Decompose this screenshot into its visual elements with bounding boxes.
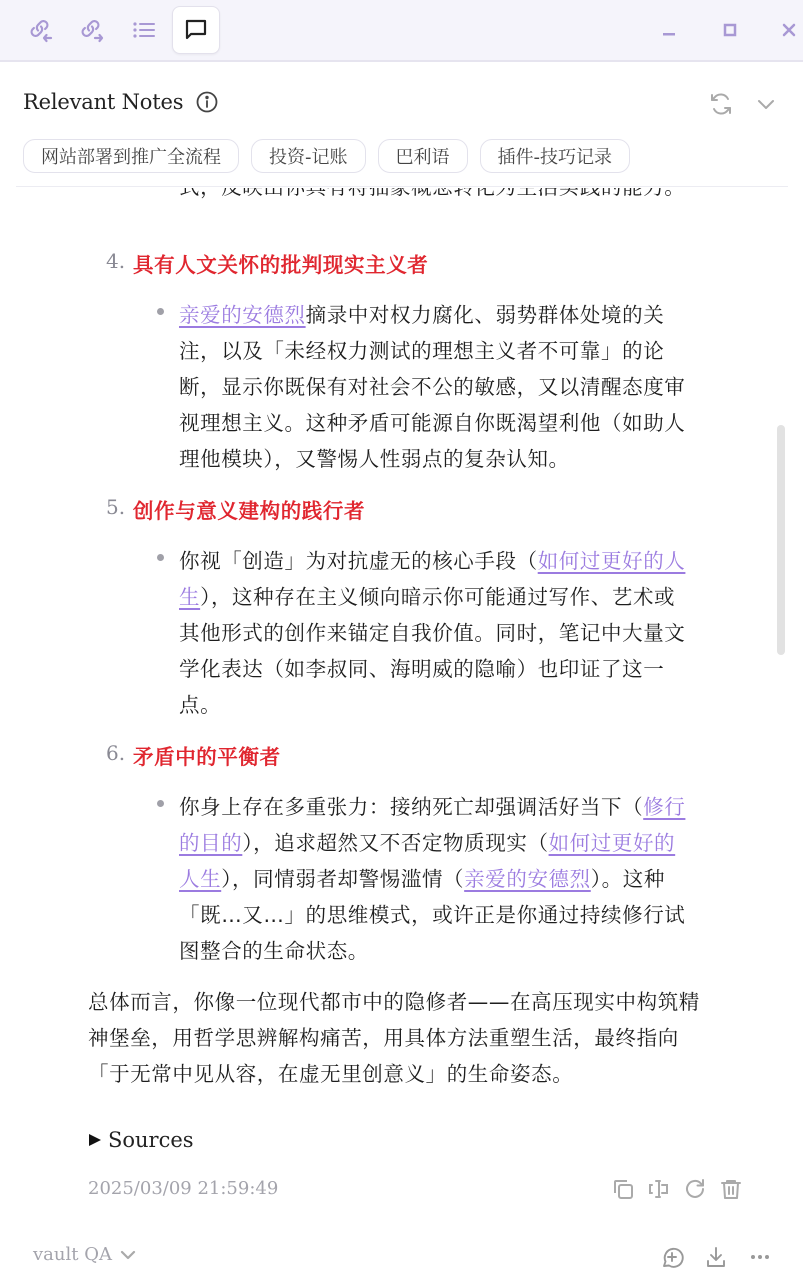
tab-backlinks[interactable] [17, 6, 65, 54]
list-number: 5. [106, 495, 125, 519]
note-link[interactable]: 如何过更好的人 [538, 549, 686, 573]
triangle-right-icon [88, 1133, 102, 1147]
more-horizontal-icon [748, 1245, 772, 1269]
note-chip[interactable]: 插件-技巧记录 [480, 139, 631, 173]
message-plus-icon [660, 1245, 684, 1269]
message-text: 视理想主义。这种矛盾可能源自你既渴望利他（如助人 [179, 406, 685, 436]
relevant-notes-title: Relevant Notes [23, 90, 183, 114]
message-text: 注，以及「未经权力测试的理想主义者不可靠」的论 [179, 334, 664, 364]
text-cursor-input-icon [647, 1177, 671, 1201]
note-link[interactable]: 的目的 [179, 831, 242, 855]
summary-text: 总体而言，你像一位现代都市中的隐修者——在高压现实中构筑精 [88, 985, 700, 1015]
maximize-button[interactable] [716, 16, 744, 44]
maximize-icon [723, 23, 737, 37]
note-link[interactable]: 修行 [643, 795, 685, 819]
info-icon[interactable] [195, 90, 219, 114]
chat-mode-label: vault QA [33, 1244, 112, 1265]
divider [16, 186, 788, 187]
ai-message: 式，反映出你具有将抽象概念转化为生活实践的能力。 4. 具有人文关怀的批判现实主… [0, 188, 780, 1118]
bullet [157, 554, 164, 561]
note-link[interactable]: 亲爱的安德烈 [464, 867, 591, 891]
copy-button[interactable] [609, 1175, 637, 1203]
chevron-down-icon [755, 93, 777, 115]
summary-text: 「于无常中见从容，在虚无里创意义」的生命姿态。 [88, 1057, 573, 1087]
insert-to-note-button[interactable] [645, 1175, 673, 1203]
note-link[interactable]: 亲爱的安德烈 [179, 303, 306, 327]
note-chip[interactable]: 网站部署到推广全流程 [23, 139, 239, 173]
message-text: 图整合的生命状态。 [179, 934, 369, 964]
more-options-button[interactable] [746, 1243, 774, 1271]
summary-text: 神堡垒，用哲学思辨解构痛苦，用具体方法重塑生活，最终指向 [88, 1021, 679, 1051]
tab-chat[interactable] [172, 6, 220, 54]
refresh-button[interactable] [707, 90, 735, 118]
tab-outgoing-links[interactable] [68, 6, 116, 54]
list-number: 6. [106, 741, 125, 765]
message-text: 亲爱的安德烈摘录中对权力腐化、弱势群体处境的关 [179, 298, 664, 328]
link-outgoing-icon [78, 16, 106, 44]
new-chat-button[interactable] [658, 1243, 686, 1271]
minimize-icon [662, 23, 676, 37]
message-text: 学化表达（如李叔同、海明威的隐喻）也印证了这一 [179, 652, 664, 682]
message-text: 点。 [179, 688, 221, 718]
message-text: 「既…又…」的思维模式，或许正是你通过持续修行试 [179, 898, 685, 928]
delete-button[interactable] [717, 1175, 745, 1203]
chevron-down-icon [118, 1245, 138, 1265]
bullet [157, 308, 164, 315]
message-text: 式，反映出你具有将抽象概念转化为生活实践的能力。 [179, 188, 685, 200]
note-link[interactable]: 如何过更好的 [549, 831, 676, 855]
section-heading: 矛盾中的平衡者 [133, 740, 281, 770]
bullet [157, 800, 164, 807]
message-text: 其他形式的创作来锚定自我价值。同时，笔记中大量文 [179, 616, 685, 646]
message-text: 生），这种存在主义倾向暗示你可能通过写作、艺术或 [179, 580, 675, 610]
chat-bubble-icon [183, 17, 209, 43]
trash-icon [719, 1177, 743, 1201]
message-text: 的目的），追求超然又不否定物质现实（如何过更好的 [179, 826, 675, 856]
save-chat-button[interactable] [702, 1243, 730, 1271]
top-tab-bar [0, 0, 803, 62]
tab-outline[interactable] [120, 6, 168, 54]
message-text: 你身上存在多重张力：接纳死亡却强调活好当下（修行 [179, 790, 685, 820]
minimize-button[interactable] [655, 16, 683, 44]
message-text: 你视「创造」为对抗虚无的核心手段（如何过更好的人 [179, 544, 685, 574]
sources-toggle[interactable]: Sources [88, 1128, 194, 1152]
section-heading: 具有人文关怀的批判现实主义者 [133, 248, 428, 278]
note-link[interactable]: 人生 [179, 867, 221, 891]
relevant-notes-chips: 网站部署到推广全流程 投资-记账 巴利语 插件-技巧记录 [23, 139, 630, 173]
close-icon [782, 23, 796, 37]
section-heading: 创作与意义建构的践行者 [133, 494, 365, 524]
note-chip[interactable]: 投资-记账 [251, 139, 366, 173]
link-incoming-icon [27, 16, 55, 44]
message-text: 理他模块），又警惕人性弱点的复杂认知。 [179, 442, 570, 472]
list-icon [130, 16, 158, 44]
copy-icon [611, 1177, 635, 1201]
note-chip[interactable]: 巴利语 [378, 139, 468, 173]
list-number: 4. [106, 249, 125, 273]
message-text: 断，显示你既保有对社会不公的敏感，又以清醒态度审 [179, 370, 685, 400]
regenerate-button[interactable] [681, 1175, 709, 1203]
message-text: 人生），同情弱者却警惕滥情（亲爱的安德烈）。这种 [179, 862, 665, 892]
scrollbar-thumb[interactable] [777, 425, 785, 655]
download-icon [704, 1245, 728, 1269]
collapse-button[interactable] [752, 90, 780, 118]
relevant-notes-header: Relevant Notes [23, 90, 219, 114]
message-timestamp: 2025/03/09 21:59:49 [88, 1178, 278, 1199]
rotate-icon [683, 1177, 707, 1201]
refresh-icon [708, 91, 734, 117]
chat-mode-select[interactable]: vault QA [33, 1244, 138, 1265]
note-link[interactable]: 生 [179, 585, 200, 609]
close-button[interactable] [775, 16, 803, 44]
sources-label: Sources [108, 1128, 194, 1152]
